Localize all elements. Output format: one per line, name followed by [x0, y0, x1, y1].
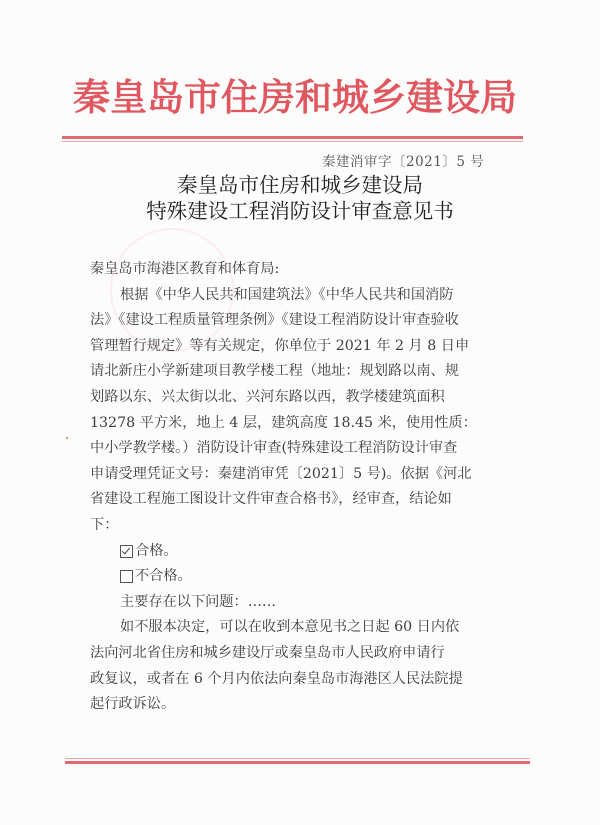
paragraph1-line: 13278 平方米，地上 4 层，建筑高度 18.45 米，使用性质：: [90, 411, 530, 437]
paragraph1-line: 根据《中华人民共和国建筑法》《中华人民共和国消防: [90, 283, 530, 309]
document-number: 秦建消审字〔2021〕5 号: [322, 152, 542, 172]
title-line-1: 秦皇岛市住房和城乡建设局: [100, 172, 500, 198]
paragraph1-line: 法》《建设工程质量管理条例》《建设工程消防设计审查验收: [90, 308, 530, 334]
paragraph1-line: 省建设工程施工图设计文件审查合格书》，经审查，结论如: [90, 487, 530, 513]
document-body: 秦皇岛市海港区教育和体育局: 根据《中华人民共和国建筑法》《中华人民共和国消防 …: [90, 257, 530, 718]
title-line-2: 特殊建设工程消防设计审查意见书: [100, 198, 500, 224]
option-pass-label: 合格。: [135, 539, 178, 565]
checked-box-icon: [120, 545, 133, 558]
option-fail: 不合格。: [90, 564, 530, 590]
document-title: 秦皇岛市住房和城乡建设局 特殊建设工程消防设计审查意见书: [100, 172, 500, 224]
footer-rule-thin: [65, 758, 530, 759]
paragraph2-line: 法向河北省住房和城乡建设厅或秦皇岛市人民政府申请行: [90, 641, 530, 667]
addressee: 秦皇岛市海港区教育和体育局:: [90, 257, 530, 283]
paragraph2-line: 政复议，或者在 6 个月内依法向秦皇岛市海港区人民法院提: [90, 667, 530, 693]
footer-rule-thick: [65, 761, 530, 764]
option-fail-label: 不合格。: [135, 564, 192, 590]
paragraph1-line: 管理暂行规定》等有关规定，你单位于 2021 年 2 月 8 日申: [90, 334, 530, 360]
paragraph1-line: 下：: [90, 513, 530, 539]
letterhead-rule-thick: [62, 136, 523, 139]
paragraph1-line: 划路以东、兴太街以北、兴河东路以西，教学楼建筑面积: [90, 385, 530, 411]
paragraph2-line: 如不服本决定，可以在收到本意见书之日起 60 日内依: [90, 615, 530, 641]
letterhead-org-name: 秦皇岛市住房和城乡建设局: [62, 73, 528, 121]
issues-line: 主要存在以下问题：……: [90, 590, 530, 616]
paragraph1-line: 中小学教学楼。）消防设计审查(特殊建设工程消防设计审查: [90, 436, 530, 462]
paragraph2-line: 起行政诉讼。: [90, 692, 530, 718]
option-pass: 合格。: [90, 539, 530, 565]
letterhead-rule-thin: [62, 141, 523, 142]
empty-box-icon: [120, 570, 133, 583]
paragraph1-line: 申请受理凭证文号：秦建消审凭〔2021〕5 号)。依据《河北: [90, 462, 530, 488]
paragraph1-line: 请北新庄小学新建项目教学楼工程（地址：规划路以南、规: [90, 359, 530, 385]
document-page: 秦皇岛市住房和城乡建设局 秦建消审字〔2021〕5 号 秦皇岛市住房和城乡建设局…: [0, 0, 600, 825]
scan-speck: [66, 437, 68, 439]
